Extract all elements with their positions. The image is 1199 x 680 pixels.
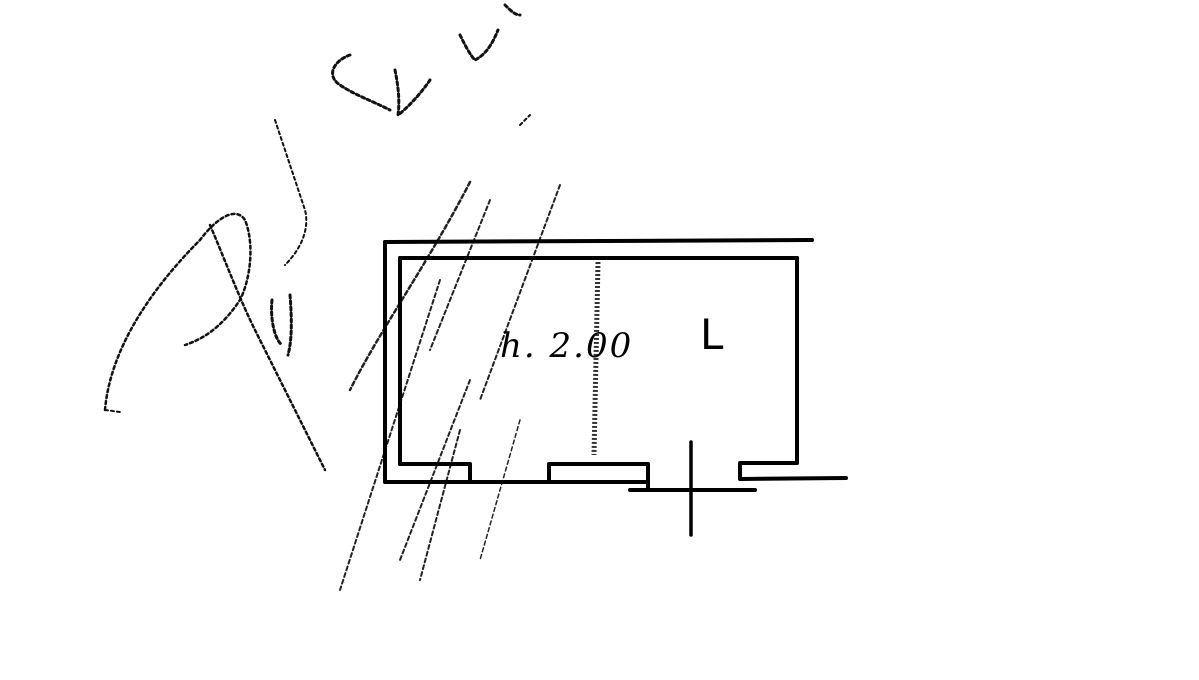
room-mark-label: L: [700, 310, 723, 359]
room-walls: [385, 240, 846, 535]
room-height-label: h. 2.00: [500, 326, 633, 366]
signature: [105, 5, 530, 470]
